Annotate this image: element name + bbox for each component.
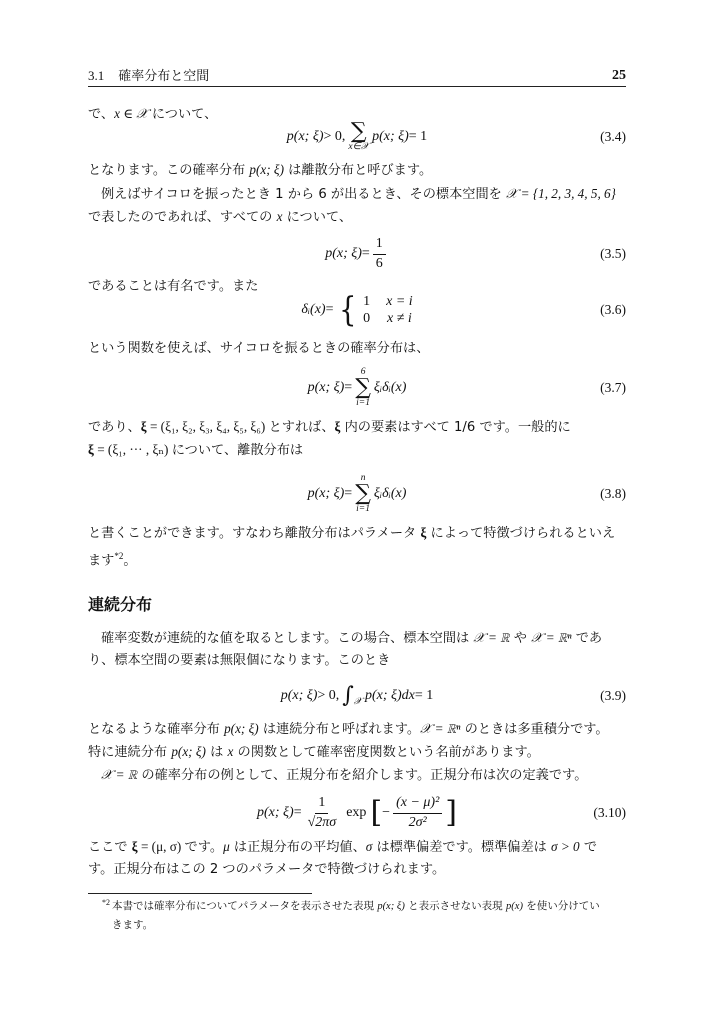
text: と表示させない表現 (405, 900, 506, 912)
paragraph-line: す。正規分布はこの 2 つのパラメータで特徴づけられます。 (88, 860, 626, 880)
text: によって特徴づけられるといえ (426, 526, 615, 541)
math-inline: μ (223, 839, 230, 854)
footnote-mark: *2 (102, 894, 110, 912)
math-inline: = (μ, σ) (138, 839, 185, 854)
case-value: 0 (363, 310, 370, 327)
equation-number: (3.10) (593, 805, 626, 821)
math-inline: = (ξ₁, ··· , ξₙ) (94, 442, 172, 457)
text: について、離散分布は (172, 443, 303, 458)
text: を使い分けてい (523, 900, 600, 912)
math: = 1 (415, 688, 433, 704)
paragraph-line: 例えばサイコロを振ったとき 1 から 6 が出るとき、その標本空間を 𝒳 = {… (88, 184, 639, 205)
sum-symbol: ∑ (355, 483, 371, 505)
text: は連続分布と呼ばれます。 (259, 722, 420, 737)
math: = (344, 380, 352, 396)
paragraph-line: であり、ξ = (ξ₁, ξ₂, ξ₃, ξ₄, ξ₅, ξ₆) とすれば、ξ … (88, 417, 626, 438)
text: 本書では確率分布についてパラメータを表示させた表現 (112, 900, 377, 912)
left-brace-icon: { (340, 293, 357, 327)
math-inline: 𝒳 = {1, 2, 3, 4, 5, 6} (506, 186, 616, 201)
numerator: (x − μ)² (393, 795, 442, 813)
case-condition: x ≠ i (386, 310, 413, 327)
text: の関数として確率密度関数という名前があります。 (233, 745, 539, 760)
sum-symbol: ∑ (351, 121, 367, 143)
text: の確率分布の例として、正規分布を紹介します。正規分布は次の定義です。 (137, 768, 587, 783)
equation-number: (3.7) (600, 380, 626, 396)
equation-number: (3.8) (600, 486, 626, 502)
paragraph-line: となるような確率分布 p(x; ξ) は連続分布と呼ばれます。𝒳 = ℝⁿ のと… (88, 719, 626, 740)
math: ξᵢδᵢ(x) (374, 380, 406, 396)
math-inline: 𝒳 = ℝ (101, 767, 137, 782)
equation-body: p(x; ξ) > 0, ∑ x∈𝒳 p(x; ξ) = 1 (88, 116, 626, 158)
footnote: *2 本書では確率分布についてパラメータを表示させた表現 p(x; ξ) と表示… (112, 897, 626, 934)
equation-body: p(x; ξ) = 1 6 (88, 232, 626, 276)
text: は離散分布と呼びます。 (284, 163, 432, 178)
math: δᵢ(x) (301, 302, 325, 318)
math: exp (346, 805, 366, 821)
equation-number: (3.9) (600, 688, 626, 704)
numerator: 1 (373, 236, 386, 254)
summation: ∑ x∈𝒳 (348, 121, 369, 153)
math-inline: 𝒳 = ℝⁿ (531, 630, 571, 645)
section-number: 3.1 (88, 68, 104, 83)
equation-body: p(x; ξ) = n ∑ i=1 ξᵢδᵢ(x) (88, 470, 626, 518)
equation-3-10: p(x; ξ) = 1 √2πσ exp [ − (x − μ)² 2σ² ] … (88, 788, 626, 838)
integral: ∫ 𝒳 (342, 685, 362, 707)
denominator: √2πσ (305, 814, 340, 831)
equation-3-8: p(x; ξ) = n ∑ i=1 ξᵢδᵢ(x) (3.8) (88, 470, 626, 518)
equation-3-7: p(x; ξ) = 6 ∑ i=1 ξᵢδᵢ(x) (3.7) (88, 364, 626, 412)
equation-3-9: p(x; ξ) > 0, ∫ 𝒳 p(x; ξ)dx = 1 (3.9) (88, 674, 626, 718)
case-value: 1 (363, 293, 370, 310)
text: と書くことができます。すなわち離散分布はパラメータ (88, 526, 420, 541)
text: であ (572, 631, 603, 646)
cases: { 1 x = i 0 x ≠ i (333, 293, 412, 327)
paragraph-line: 𝒳 = ℝ の確率分布の例として、正規分布を紹介します。正規分布は次の定義です。 (88, 765, 639, 786)
equation-3-4: p(x; ξ) > 0, ∑ x∈𝒳 p(x; ξ) = 1 (3.4) (88, 116, 626, 158)
right-bracket-icon: ] (445, 798, 457, 828)
math: p(x; ξ) (325, 246, 362, 262)
math-inline: 𝒳 = ℝⁿ (420, 721, 460, 736)
equation-body: p(x; ξ) > 0, ∫ 𝒳 p(x; ξ)dx = 1 (88, 674, 626, 718)
math: dx (402, 688, 415, 704)
text: は (206, 745, 228, 760)
text: ここで (88, 840, 132, 855)
paragraph-line: 確率変数が連続的な値を取るとします。この場合、標本空間は 𝒳 = ℝ や 𝒳 =… (88, 628, 639, 649)
math: > 0, (324, 129, 346, 145)
sum-lower-limit: x∈𝒳 (348, 143, 369, 153)
case-condition: x = i (386, 293, 413, 310)
math: = (326, 302, 334, 318)
math: − (382, 805, 390, 821)
text: のときは多重積分です。 (460, 722, 608, 737)
math-inline: p(x; ξ) (171, 744, 206, 759)
running-header: 3.1確率分布と空間 25 (88, 64, 626, 87)
fraction: (x − μ)² 2σ² (393, 795, 442, 830)
math: p(x; ξ) (372, 129, 409, 145)
text: 。 (123, 553, 136, 568)
equation-3-5: p(x; ξ) = 1 6 (3.5) (88, 232, 626, 276)
text: や (510, 631, 532, 646)
math-inline: p(x; ξ) (249, 162, 284, 177)
equation-number: (3.6) (600, 302, 626, 318)
math-inline: σ > 0 (551, 839, 580, 854)
math: > 0, (317, 688, 339, 704)
text: は正規分布の平均値、 (230, 840, 366, 855)
left-bracket-icon: [ (370, 798, 382, 828)
math-inline: p(x) (506, 901, 523, 912)
integral-domain: 𝒳 (354, 698, 362, 708)
text: について、 (282, 210, 352, 225)
sum-lower-limit: i=1 (356, 399, 370, 409)
running-header-title: 3.1確率分布と空間 (88, 65, 209, 84)
paragraph-line: となります。この確率分布 p(x; ξ) は離散分布と呼びます。 (88, 160, 626, 181)
text: です。 (185, 840, 224, 855)
math-inline: = (ξ₁, ξ₂, ξ₃, ξ₄, ξ₅, ξ₆) (147, 419, 269, 434)
math: = 1 (409, 129, 427, 145)
text: であり、 (88, 420, 141, 435)
summation: n ∑ i=1 (355, 474, 371, 515)
denominator: 6 (373, 255, 386, 272)
math: = (344, 486, 352, 502)
text: 特に連続分布 (88, 745, 171, 760)
math: p(x; ξ) (308, 486, 345, 502)
text: 確率変数が連続的な値を取るとします。この場合、標本空間は (101, 631, 473, 646)
fraction: 1 6 (373, 236, 386, 271)
paragraph-line: ξ = (ξ₁, ··· , ξₙ) について、離散分布は (88, 440, 626, 461)
section-title: 確率分布と空間 (118, 69, 209, 84)
paragraph-line: で表したのであれば、すべての x について、 (88, 207, 626, 228)
text: ます (88, 553, 114, 568)
math: p(x; ξ) (257, 805, 294, 821)
equation-3-6: δᵢ(x) = { 1 x = i 0 x ≠ i (3.6) (88, 290, 626, 330)
math: = (362, 246, 370, 262)
summation: 6 ∑ i=1 (355, 368, 371, 409)
page-number: 25 (612, 68, 626, 84)
text: す。正規分布はこの 2 つのパラメータで特徴づけられます。 (88, 862, 445, 877)
math: p(x; ξ) (287, 129, 324, 145)
sum-lower-limit: i=1 (356, 505, 370, 515)
paragraph-line: 特に連続分布 p(x; ξ) は x の関数として確率密度関数という名前がありま… (88, 742, 626, 763)
text: り、標本空間の要素は無限個になります。このとき (88, 653, 390, 668)
math: p(x; ξ) (365, 688, 402, 704)
equation-number: (3.5) (600, 246, 626, 262)
text: きます。 (112, 919, 153, 931)
equation-body: δᵢ(x) = { 1 x = i 0 x ≠ i (88, 290, 626, 330)
paragraph-line: ここで ξ = (μ, σ) です。μ は正規分布の平均値、σ は標準偏差です。… (88, 837, 626, 858)
fraction: 1 √2πσ (305, 795, 340, 830)
footnote-rule (88, 893, 312, 894)
equation-body: p(x; ξ) = 6 ∑ i=1 ξᵢδᵢ(x) (88, 364, 626, 412)
math-inline: p(x; ξ) (377, 901, 405, 912)
text: という関数を使えば、サイコロを振るときの確率分布は、 (88, 341, 429, 356)
subsection-heading: 連続分布 (88, 592, 152, 615)
text: 内の要素はすべて 1/6 です。一般的に (340, 420, 570, 435)
math: p(x; ξ) (308, 380, 345, 396)
text: で表したのであれば、すべての (88, 210, 277, 225)
sum-symbol: ∑ (355, 377, 371, 399)
denominator: 2σ² (406, 814, 430, 831)
paragraph-line: と書くことができます。すなわち離散分布はパラメータ ξ によって特徴づけられると… (88, 523, 626, 544)
text: 例えばサイコロを振ったとき 1 から 6 が出るとき、その標本空間を (101, 187, 506, 202)
math: p(x; ξ) (281, 688, 318, 704)
numerator: 1 (315, 795, 328, 813)
text: となるような確率分布 (88, 722, 224, 737)
paragraph-line: という関数を使えば、サイコロを振るときの確率分布は、 (88, 339, 626, 359)
math-inline: p(x; ξ) (224, 721, 259, 736)
paragraph-line: り、標本空間の要素は無限個になります。このとき (88, 651, 626, 671)
math-inline: 𝒳 = ℝ (473, 630, 509, 645)
case-rows: 1 x = i 0 x ≠ i (363, 293, 413, 327)
paragraph-line: ます*2。 (88, 546, 626, 571)
math: ξᵢδᵢ(x) (374, 486, 406, 502)
equation-number: (3.4) (600, 129, 626, 145)
text: となります。この確率分布 (88, 163, 249, 178)
text: は標準偏差です。標準偏差は (372, 840, 551, 855)
equation-body: p(x; ξ) = 1 √2πσ exp [ − (x − μ)² 2σ² ] (88, 788, 626, 838)
math: = (294, 805, 302, 821)
text: で (580, 840, 597, 855)
text: とすれば、 (269, 420, 335, 435)
integral-symbol: ∫ (342, 685, 353, 707)
